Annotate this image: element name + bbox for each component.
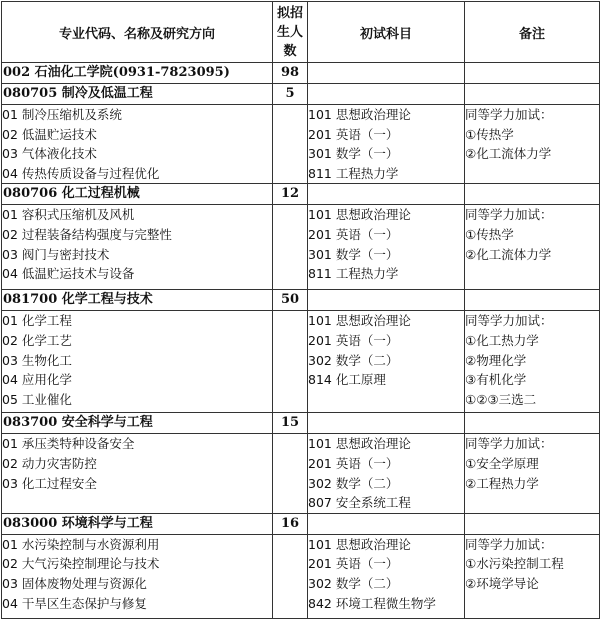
header-count: 拟招 生人 数 (273, 2, 308, 63)
major-name: 080705 制冷及低温工程 (2, 84, 273, 105)
empty-cell (308, 413, 465, 434)
empty-cell (308, 63, 465, 84)
major-count: 50 (273, 290, 308, 311)
subject-item: 101 思想政治理论 (308, 205, 464, 225)
notes: 同等学力加试：①化工热力学②物理化学③有机化学 ①②③三选二 (465, 311, 600, 413)
empty-cell (465, 513, 600, 534)
empty-cell (308, 184, 465, 205)
header-count-line: 数 (273, 42, 307, 61)
subject-item: 811 工程热力学 (308, 264, 464, 284)
direction-item: 02 动力灾害防控 (2, 454, 272, 474)
note-item: ③有机化学 (465, 370, 599, 390)
subject-item: 302 数学（二） (308, 474, 464, 494)
major-detail-row: 01 水污染控制与水资源利用02 大气污染控制理论与技术03 固体废物处理与资源… (2, 534, 600, 618)
note-item: ①水污染控制工程 (465, 554, 599, 574)
research-directions: 01 承压类特种设备安全02 动力灾害防控03 化工过程安全 (2, 434, 273, 513)
direction-item: 02 化学工艺 (2, 331, 272, 351)
major-count: 16 (273, 513, 308, 534)
empty-cell (465, 290, 600, 311)
subject-item: 301 数学（一） (308, 245, 464, 265)
header-row: 专业代码、名称及研究方向 拟招 生人 数 初试科目 备注 (2, 2, 600, 63)
subject-item: 814 化工原理 (308, 370, 464, 390)
empty-cell (273, 105, 308, 184)
direction-item: 03 化工过程安全 (2, 474, 272, 494)
note-item: 同等学力加试： (465, 205, 599, 225)
note-item: 同等学力加试： (465, 535, 599, 555)
direction-item: 01 水污染控制与水资源利用 (2, 535, 272, 555)
research-directions: 01 制冷压缩机及系统02 低温贮运技术03 气体液化技术04 传热传质设备与过… (2, 105, 273, 184)
exam-subjects: 101 思想政治理论201 英语（一）301 数学（一）811 工程热力学 (308, 105, 465, 184)
empty-cell (465, 413, 600, 434)
notes: 同等学力加试：①水污染控制工程②环境学导论 (465, 534, 600, 618)
note-item: ②环境学导论 (465, 574, 599, 594)
subject-item: 101 思想政治理论 (308, 535, 464, 555)
major-name: 080706 化工过程机械 (2, 184, 273, 205)
subject-item: 201 英语（一） (308, 331, 464, 351)
major-row: 083000 环境科学与工程 16 (2, 513, 600, 534)
college-count: 98 (273, 63, 308, 84)
subject-item: 301 数学（一） (308, 144, 464, 164)
major-row: 083700 安全科学与工程 15 (2, 413, 600, 434)
subject-item: 811 工程热力学 (308, 164, 464, 184)
note-item: ①传热学 (465, 225, 599, 245)
empty-cell (465, 184, 600, 205)
note-item: ②化工流体力学 (465, 144, 599, 164)
direction-item: 01 制冷压缩机及系统 (2, 105, 272, 125)
college-name: 002 石油化工学院(0931-7823095) (2, 63, 273, 84)
notes: 同等学力加试： ①传热学②化工流体力学 (465, 205, 600, 290)
empty-cell (465, 84, 600, 105)
major-detail-row: 01 制冷压缩机及系统02 低温贮运技术03 气体液化技术04 传热传质设备与过… (2, 105, 600, 184)
note-item: ①②③三选二 (465, 390, 599, 410)
major-row: 080706 化工过程机械 12 (2, 184, 600, 205)
subject-item: 201 英语（一） (308, 225, 464, 245)
subject-item: 201 英语（一） (308, 125, 464, 145)
direction-item: 04 应用化学 (2, 370, 272, 390)
major-name: 081700 化学工程与技术 (2, 290, 273, 311)
direction-item: 05 工业催化 (2, 390, 272, 410)
major-detail-row: 01 化学工程02 化学工艺03 生物化工04 应用化学05 工业催化 101 … (2, 311, 600, 413)
subject-item: 101 思想政治理论 (308, 311, 464, 331)
note-item: ②物理化学 (465, 351, 599, 371)
empty-cell (308, 290, 465, 311)
note-item: ②工程热力学 (465, 474, 599, 494)
direction-item: 02 大气污染控制理论与技术 (2, 554, 272, 574)
empty-cell (273, 205, 308, 290)
header-count-line: 拟招 (273, 4, 307, 23)
direction-item: 04 低温贮运技术与设备 (2, 264, 272, 284)
empty-cell (308, 513, 465, 534)
subject-item: 842 环境工程微生物学 (308, 594, 464, 614)
empty-cell (308, 84, 465, 105)
exam-subjects: 101 思想政治理论201 英语（一）302 数学（二）814 化工原理 (308, 311, 465, 413)
direction-item: 02 低温贮运技术 (2, 125, 272, 145)
direction-item: 01 容积式压缩机及风机 (2, 205, 272, 225)
enrollment-table: 专业代码、名称及研究方向 拟招 生人 数 初试科目 备注 002 石油化工学院(… (1, 1, 600, 619)
note-item: ①化工热力学 (465, 331, 599, 351)
subject-item: 807 安全系统工程 (308, 493, 464, 513)
empty-cell (273, 311, 308, 413)
college-row: 002 石油化工学院(0931-7823095) 98 (2, 63, 600, 84)
subject-item: 201 英语（一） (308, 554, 464, 574)
major-detail-row: 01 容积式压缩机及风机02 过程装备结构强度与完整性03 阀门与密封技术04 … (2, 205, 600, 290)
direction-item: 03 阀门与密封技术 (2, 245, 272, 265)
subject-item: 101 思想政治理论 (308, 105, 464, 125)
direction-item: 03 气体液化技术 (2, 144, 272, 164)
direction-item: 03 固体废物处理与资源化 (2, 574, 272, 594)
exam-subjects: 101 思想政治理论201 英语（一）302 数学（二）807 安全系统工程 (308, 434, 465, 513)
empty-cell (273, 434, 308, 513)
major-detail-row: 01 承压类特种设备安全02 动力灾害防控03 化工过程安全 101 思想政治理… (2, 434, 600, 513)
direction-item: 04 干旱区生态保护与修复 (2, 594, 272, 614)
header-subjects: 初试科目 (308, 2, 465, 63)
note-item: 同等学力加试： (465, 311, 599, 331)
direction-item: 01 承压类特种设备安全 (2, 434, 272, 454)
subject-item: 101 思想政治理论 (308, 434, 464, 454)
subject-item: 201 英语（一） (308, 454, 464, 474)
major-row: 080705 制冷及低温工程 5 (2, 84, 600, 105)
note-item: 同等学力加试： (465, 434, 599, 454)
direction-item: 01 化学工程 (2, 311, 272, 331)
header-count-line: 生人 (273, 23, 307, 42)
exam-subjects: 101 思想政治理论201 英语（一）301 数学（一）811 工程热力学 (308, 205, 465, 290)
research-directions: 01 水污染控制与水资源利用02 大气污染控制理论与技术03 固体废物处理与资源… (2, 534, 273, 618)
major-count: 5 (273, 84, 308, 105)
major-row: 081700 化学工程与技术 50 (2, 290, 600, 311)
direction-item: 03 生物化工 (2, 351, 272, 371)
subject-item: 302 数学（二） (308, 351, 464, 371)
note-item: ②化工流体力学 (465, 245, 599, 265)
direction-item: 04 传热传质设备与过程优化 (2, 164, 272, 184)
header-notes: 备注 (465, 2, 600, 63)
exam-subjects: 101 思想政治理论201 英语（一）302 数学（二）842 环境工程微生物学 (308, 534, 465, 618)
subject-item: 302 数学（二） (308, 574, 464, 594)
note-item: ①安全学原理 (465, 454, 599, 474)
note-item: 同等学力加试： (465, 105, 599, 125)
major-count: 15 (273, 413, 308, 434)
direction-item: 02 过程装备结构强度与完整性 (2, 225, 272, 245)
empty-cell (273, 534, 308, 618)
header-major: 专业代码、名称及研究方向 (2, 2, 273, 63)
research-directions: 01 化学工程02 化学工艺03 生物化工04 应用化学05 工业催化 (2, 311, 273, 413)
major-count: 12 (273, 184, 308, 205)
empty-cell (465, 63, 600, 84)
notes: 同等学力加试：①安全学原理 ②工程热力学 (465, 434, 600, 513)
major-name: 083000 环境科学与工程 (2, 513, 273, 534)
research-directions: 01 容积式压缩机及风机02 过程装备结构强度与完整性03 阀门与密封技术04 … (2, 205, 273, 290)
major-name: 083700 安全科学与工程 (2, 413, 273, 434)
note-item: ①传热学 (465, 125, 599, 145)
notes: 同等学力加试： ①传热学 ②化工流体力学 (465, 105, 600, 184)
